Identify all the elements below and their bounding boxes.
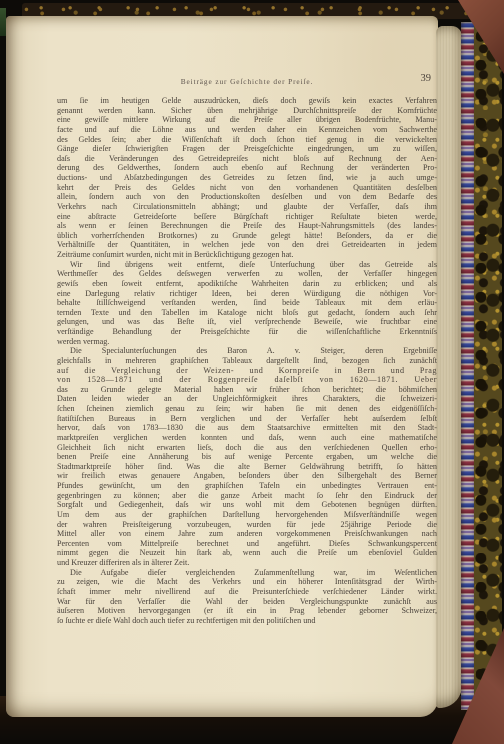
- text-line: verſtändige Behandlung der Preisgeſchich…: [57, 327, 437, 337]
- text-line: gelungen, und was das Beſte iſt, viel ve…: [57, 317, 437, 327]
- text-line: behalte ſtillſchweigend verſtanden werde…: [57, 298, 437, 308]
- text-line: benen Preiſe eine Annäherung bis auf wen…: [57, 452, 437, 462]
- text-line: das zu Grunde gelegte Material haben wir…: [57, 385, 437, 395]
- text-line: äuſseren Motiven hervorgegangen (er iſt …: [57, 606, 437, 616]
- running-title: Beiträge zur Geſchichte der Preiſe.: [57, 75, 437, 86]
- text-line: werden vermag.: [57, 337, 437, 347]
- text-line: ſtatiſtiſchen Bureaus in Bern verglichen…: [57, 414, 437, 424]
- page-header: Beiträge zur Geſchichte der Preiſe. 39: [57, 75, 437, 88]
- text-line: eine gewiſſe mittlere Wirkung auf die Pr…: [57, 115, 437, 125]
- text-line: Percenten vom Mittelpreiſe berechnet und…: [57, 539, 437, 549]
- text-line: gewiſs eben ſoweit entfernt, apodiktiſch…: [57, 279, 437, 289]
- text-line: um ſie im heutigen Gelde auszudrücken, d…: [57, 96, 437, 106]
- text-line: Wir ſind übrigens weit entfernt, dieſe U…: [57, 260, 437, 270]
- book-photo: { "header": { "running_title": "Beiträge…: [0, 0, 504, 744]
- text-line: ſchaft immer mehr nivellirend auf die Pr…: [57, 587, 437, 597]
- text-line: Um dem aus der graphiſchen Darſtellung h…: [57, 510, 437, 520]
- text-line: ternden Texte und den Tabellen im Katalo…: [57, 308, 437, 318]
- text-line: eine abſtracte Getreideſorte beſſere Bür…: [57, 212, 437, 222]
- text-line: Die Specialunterſuchungen des Baron A. v…: [57, 346, 437, 356]
- text-line: allein, ſondern auch von den Productions…: [57, 192, 437, 202]
- text-line: Mittel aller von einem Jahre zum anderen…: [57, 529, 437, 539]
- text-line: Stadtmarktpreiſe höher ſind. Was die alt…: [57, 462, 437, 472]
- text-line: Daten leiden wieder an der Ungleichförmi…: [57, 394, 437, 404]
- text-line: von 1528—1871 und der Roggenpreiſe daſel…: [57, 375, 437, 385]
- paragraph: Die Aufgabe dieſer vergleichenden Zuſamm…: [57, 568, 437, 626]
- text-line: hervor, daſs von 1783—1830 die aus dem S…: [57, 423, 437, 433]
- text-line: Gleichheit ſich nicht erwarten lieſs, do…: [57, 443, 437, 453]
- text-line: nimmt gegen die Neuzeit hin ſtark ab, we…: [57, 548, 437, 558]
- text-line: Sorgfalt und Gediegenheit, daſs wir uns …: [57, 500, 437, 510]
- text-line: daſs die Veränderungen des Getreidepreiſ…: [57, 154, 437, 164]
- text-line: gleichfalls in mehreren graphiſchen Tabl…: [57, 356, 437, 366]
- text-line: derung des Geldwerthes, ſondern auch ebe…: [57, 163, 437, 173]
- text-line: War für den Verfaſſer die Wahl der beide…: [57, 597, 437, 607]
- text-line: Gänge dieſer ſchwierigſten Fragen der Pr…: [57, 144, 437, 154]
- text-line: auf die Vergleichung der Weizen- und Kor…: [57, 366, 437, 376]
- text-line: ſchen ſcheinen ziemlich genau zu ſein; w…: [57, 404, 437, 414]
- text-line: wir freilich etwas genauere Angaben, beſ…: [57, 471, 437, 481]
- text-line: und Kreuzer differiren als in älterer Ze…: [57, 558, 437, 568]
- page-number: 39: [421, 73, 432, 84]
- text-line: Die Aufgabe dieſer vergleichenden Zuſamm…: [57, 568, 437, 578]
- text-line: kehrt der Preis des Geldes nicht von den…: [57, 183, 437, 193]
- text-line: genannt werden kann. Sicher üben mehrjäh…: [57, 106, 437, 116]
- text-line: ductions- und Abſatzbedingungen des Getr…: [57, 173, 437, 183]
- marbled-cover: [474, 2, 502, 744]
- text-line: gegenbringen zu können; aber die ganze A…: [57, 491, 437, 501]
- paragraph: Die Specialunterſuchungen des Baron A. v…: [57, 346, 437, 567]
- text-block: um ſie im heutigen Gelde auszudrücken, d…: [57, 96, 437, 625]
- text-line: Verhältniſſe der Quantitäten, in welchen…: [57, 240, 437, 250]
- text-line: Verkehrs nach Circulationsmitteln abhäng…: [57, 202, 437, 212]
- text-line: eine Darlegung relativ richtiger Ideen, …: [57, 289, 437, 299]
- text-line: üblich vorherrſchenden Brotkornes) zu Gr…: [57, 231, 437, 241]
- text-line: ſo ſuchte er dieſe Wahl doch auch tiefer…: [57, 616, 437, 626]
- paragraph: um ſie im heutigen Gelde auszudrücken, d…: [57, 96, 437, 260]
- text-line: zu zeigen, wie die Macht des Verkehrs un…: [57, 577, 437, 587]
- text-line: der wahren Preisſteigerung vorzubeugen, …: [57, 520, 437, 530]
- text-line: Werthmeſſer des Geldes deſswegen verwerf…: [57, 269, 437, 279]
- text-line: als wenn er ſeinen Berechnungen die Prei…: [57, 221, 437, 231]
- text-line: Pfundes gewünſcht, um den graphiſchen Ta…: [57, 481, 437, 491]
- text-line: Zeiträume conſumirt wurden, nicht mit in…: [57, 250, 437, 260]
- text-line: facte und auf die Löhne aus und werden d…: [57, 125, 437, 135]
- text-area: Beiträge zur Geſchichte der Preiſe. 39 u…: [57, 75, 437, 625]
- text-line: marktpreiſen verglichen werden konnten u…: [57, 433, 437, 443]
- page-stack-edge: [436, 26, 462, 708]
- paragraph: Wir ſind übrigens weit entfernt, dieſe U…: [57, 260, 437, 347]
- text-line: des Geldes ſein; aber die Wiſſenſchaft i…: [57, 135, 437, 145]
